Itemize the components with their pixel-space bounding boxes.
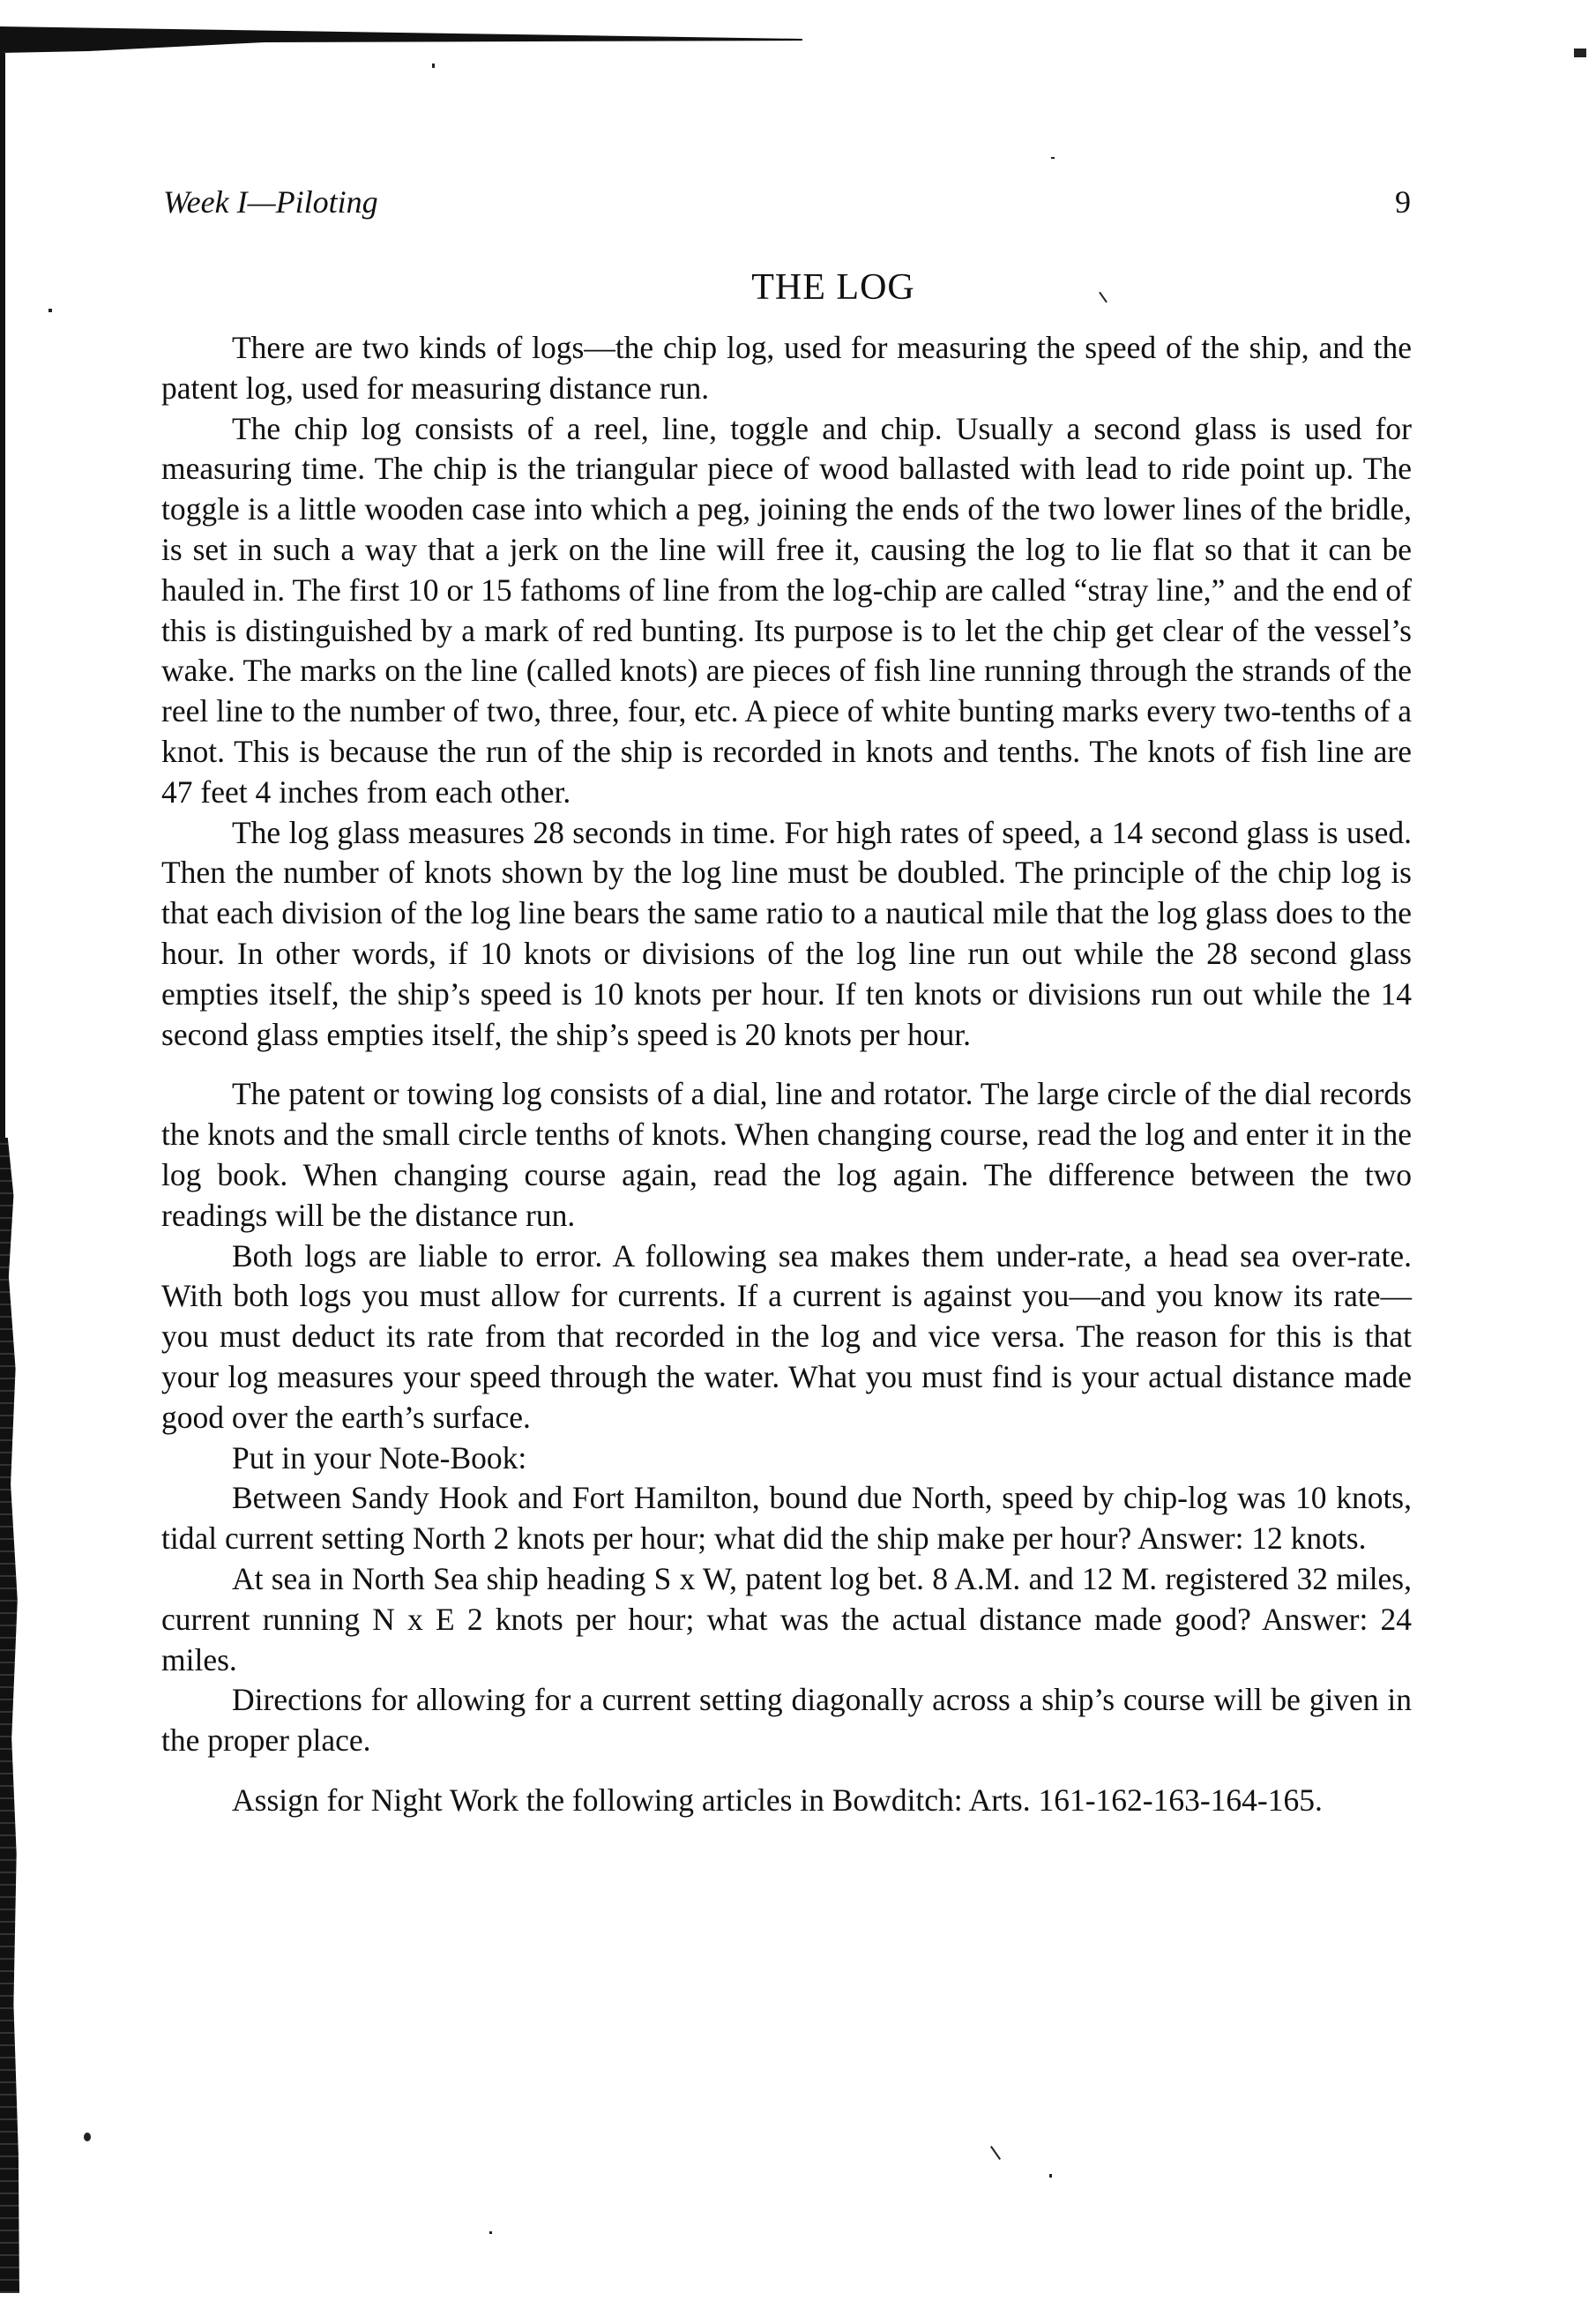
paragraph-directions: Directions for allowing for a current se… [161, 1680, 1412, 1761]
running-head-title: Week I—Piloting [163, 183, 378, 220]
section-title: THE LOG [0, 266, 1596, 309]
paragraph-assignment: Assign for Night Work the following arti… [161, 1781, 1412, 1821]
scan-edge-shadow [0, 26, 802, 53]
body-text: There are two kinds of logs—the chip log… [161, 328, 1412, 1821]
paragraph-log-glass: The log glass measures 28 seconds in tim… [161, 813, 1412, 1056]
scan-speck [1574, 49, 1586, 57]
paragraph-exercise-2: At sea in North Sea ship heading S x W, … [161, 1559, 1412, 1680]
scan-speck [489, 2231, 492, 2234]
paragraph-exercise-1: Between Sandy Hook and Fort Hamilton, bo… [161, 1478, 1412, 1559]
scan-speck [1051, 157, 1055, 159]
scan-speck [84, 2133, 91, 2141]
running-header: Week I—Piloting 9 [163, 183, 1411, 220]
scan-speck [432, 64, 435, 68]
paragraph-chip-log: The chip log consists of a reel, line, t… [161, 409, 1412, 813]
page-number: 9 [1395, 183, 1411, 220]
paragraph-log-kinds: There are two kinds of logs—the chip log… [161, 328, 1412, 409]
paragraph-log-errors: Both logs are liable to error. A followi… [161, 1236, 1412, 1438]
scan-speck [48, 309, 52, 312]
scan-speck [990, 2146, 1001, 2160]
paragraph-patent-log: The patent or towing log consists of a d… [161, 1074, 1412, 1236]
paragraph-notebook-heading: Put in your Note-Book: [161, 1438, 1412, 1479]
scan-speck [1049, 2174, 1052, 2178]
scan-left-noise [0, 1138, 19, 2293]
